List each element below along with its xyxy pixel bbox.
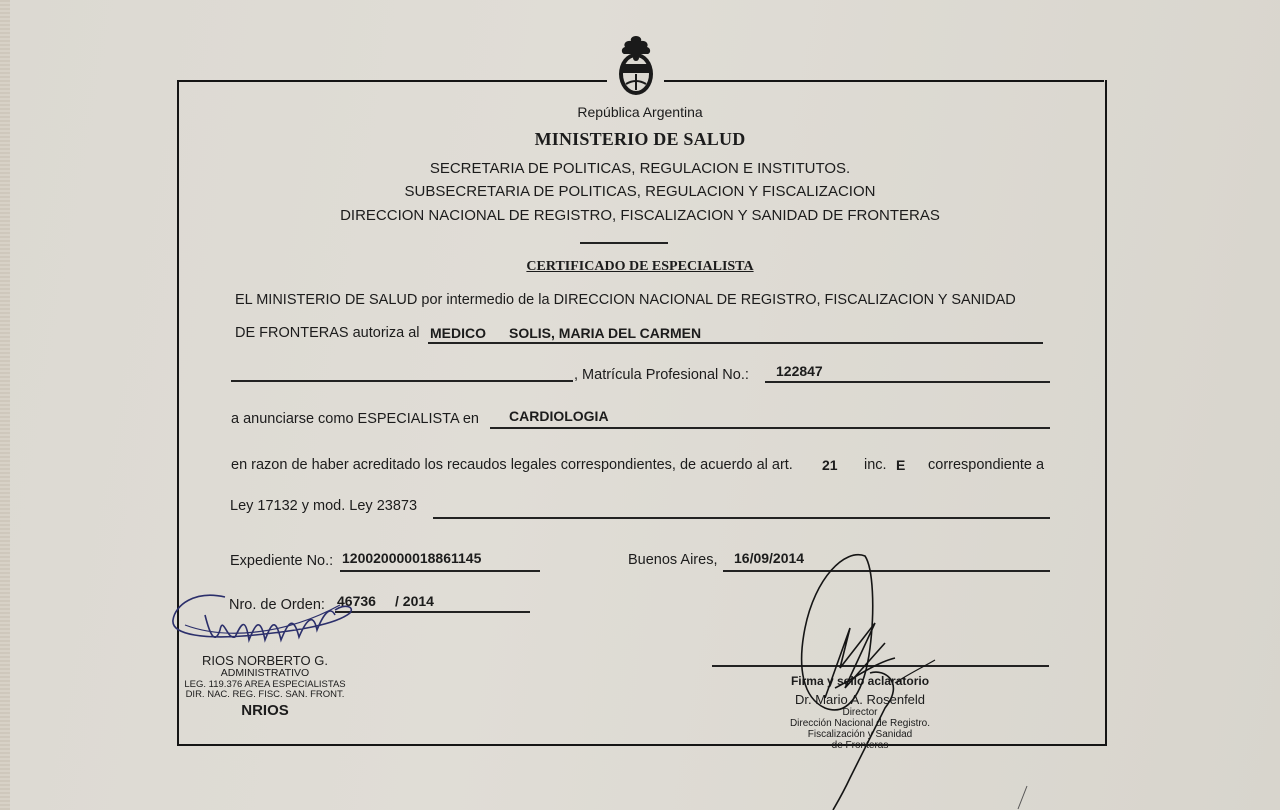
holder-name-value: SOLIS, MARIA DEL CARMEN: [509, 325, 701, 341]
department-line: SUBSECRETARIA DE POLITICAS, REGULACION Y…: [177, 183, 1103, 200]
fill-line: [765, 381, 1050, 383]
signature-caption: Firma y sello aclaratorio: [750, 675, 970, 688]
director-role: Director: [750, 707, 970, 718]
country-name: República Argentina: [177, 104, 1103, 120]
orden-label: Nro. de Orden:: [229, 597, 325, 613]
stamp-line: Fiscalización y Sanidad: [750, 729, 970, 740]
orden-number: 46736: [337, 593, 376, 609]
body-text: EL MINISTERIO DE SALUD por intermedio de…: [235, 292, 1016, 308]
paper-edge: [0, 0, 10, 810]
matricula-label: , Matrícula Profesional No.:: [574, 367, 749, 383]
department-line: DIRECCION NACIONAL DE REGISTRO, FISCALIZ…: [177, 207, 1103, 224]
stamp-name: RIOS NORBERTO G.: [176, 654, 354, 668]
fill-line: [723, 570, 1050, 572]
ministry-name: MINISTERIO DE SALUD: [177, 129, 1103, 150]
matricula-value: 122847: [776, 363, 823, 379]
fill-line: [340, 570, 540, 572]
place-label: Buenos Aires,: [628, 552, 717, 568]
fill-line: [433, 517, 1050, 519]
date-value: 16/09/2014: [734, 550, 804, 566]
stamp-line: de Fronteras: [750, 740, 970, 751]
legal-text: en razon de haber acreditado los recaudo…: [231, 457, 793, 473]
stamp-line: DIR. NAC. REG. FISC. SAN. FRONT.: [176, 690, 354, 700]
divider: [580, 242, 668, 244]
expediente-value: 120020000018861145: [342, 550, 481, 566]
law-text: Ley 17132 y mod. Ley 23873: [230, 498, 417, 514]
specialty-label: a anunciarse como ESPECIALISTA en: [231, 411, 479, 427]
fill-line: [490, 427, 1050, 429]
administrative-stamp: RIOS NORBERTO G. ADMINISTRATIVO LEG. 119…: [176, 654, 354, 719]
inc-label: inc.: [864, 457, 887, 473]
stamp-initials: NRIOS: [176, 703, 354, 720]
department-line: SECRETARIA DE POLITICAS, REGULACION E IN…: [177, 160, 1103, 177]
fill-line: [231, 380, 573, 382]
signature-line: [712, 665, 1049, 667]
stamp-line: Dirección Nacional de Registro.: [750, 718, 970, 729]
certificate-title: CERTIFICADO DE ESPECIALISTA: [177, 259, 1103, 275]
fill-line: [335, 611, 530, 613]
article-value: 21: [822, 457, 838, 473]
corresponding-label: correspondiente a: [928, 457, 1044, 473]
expediente-label: Expediente No.:: [230, 553, 333, 569]
specialty-value: CARDIOLOGIA: [509, 408, 609, 424]
director-stamp: Firma y sello aclaratorio Dr. Mario A. R…: [750, 675, 970, 751]
profession-value: MEDICO: [430, 325, 486, 341]
director-name: Dr. Mario A. Rosenfeld: [750, 693, 970, 707]
orden-year: / 2014: [395, 593, 434, 609]
body-text: DE FRONTERAS autoriza al: [235, 325, 420, 341]
fill-line: [428, 342, 1043, 344]
argentina-coat-of-arms-icon: [612, 34, 660, 100]
inciso-value: E: [896, 457, 905, 473]
